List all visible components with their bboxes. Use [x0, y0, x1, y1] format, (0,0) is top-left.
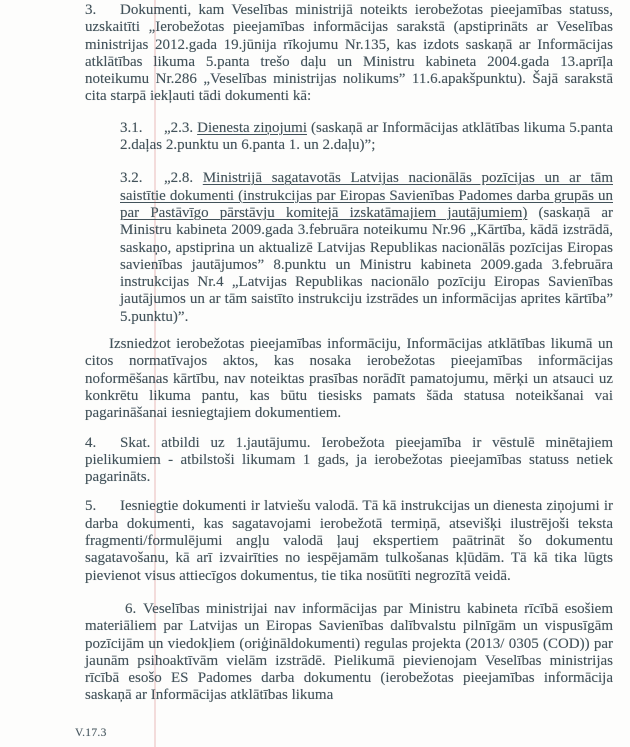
paragraph-unnumbered-text: Izsniedzot ierobežotas pieejamības infor… [85, 336, 613, 421]
paragraph-4-number: 4. [85, 435, 120, 452]
paragraph-3-text: Dokumenti, kam Veselības ministrijā note… [85, 2, 613, 104]
paragraph-3-number: 3. [85, 2, 120, 19]
text-run: Skat. atbildi uz 1.jautājumu. Ierobežota… [85, 435, 613, 486]
document-body: 3.Dokumenti, kam Veselības ministrijā no… [85, 2, 613, 705]
paragraph-3-1: 3.1.„2.3. Dienesta ziņojumi (saskaņā ar … [120, 120, 613, 155]
text-run: Iesniegtie dokumenti ir latviešu valodā.… [85, 498, 613, 583]
text-run: „2.8. [164, 170, 203, 186]
underlined-text-run: Dienesta ziņojumi [197, 120, 307, 136]
paragraph-3-2-number: 3.2. [120, 170, 164, 187]
page-footer-version: V.17.3 [75, 727, 107, 739]
paragraph-3-2: 3.2.„2.8. Ministrijā sagatavotās Latvija… [120, 170, 613, 326]
paragraph-3-1-text: „2.3. Dienesta ziņojumi (saskaņā ar Info… [120, 120, 613, 153]
paragraph-unnumbered: Izsniedzot ierobežotas pieejamības infor… [85, 336, 613, 422]
paragraph-4-text: Skat. atbildi uz 1.jautājumu. Ierobežota… [85, 435, 613, 486]
paragraph-3-1-number: 3.1. [120, 120, 164, 137]
text-run: Dokumenti, kam Veselības ministrijā note… [85, 2, 613, 104]
text-run: (saskaņā ar Ministru kabineta 2009.gada … [120, 205, 613, 325]
paragraph-4: 4.Skat. atbildi uz 1.jautājumu. Ierobežo… [85, 435, 613, 487]
paragraph-5: 5.Iesniegtie dokumenti ir latviešu valod… [85, 498, 613, 584]
text-run: Veselības ministrijai nav informācijas p… [85, 601, 613, 703]
paragraph-3-2-text: „2.8. Ministrijā sagatavotās Latvijas na… [120, 170, 613, 324]
text-run: „2.3. [164, 120, 197, 136]
text-run: Izsniedzot ierobežotas pieejamības infor… [85, 336, 613, 421]
paragraph-6-text: Veselības ministrijai nav informācijas p… [85, 601, 613, 703]
paragraph-6-number: 6. [105, 601, 143, 618]
paragraph-3: 3.Dokumenti, kam Veselības ministrijā no… [85, 2, 613, 106]
paragraph-5-number: 5. [85, 498, 120, 515]
document-page: 3.Dokumenti, kam Veselības ministrijā no… [0, 0, 630, 747]
paragraph-6: 6.Veselības ministrijai nav informācijas… [85, 601, 613, 705]
paragraph-5-text: Iesniegtie dokumenti ir latviešu valodā.… [85, 498, 613, 583]
